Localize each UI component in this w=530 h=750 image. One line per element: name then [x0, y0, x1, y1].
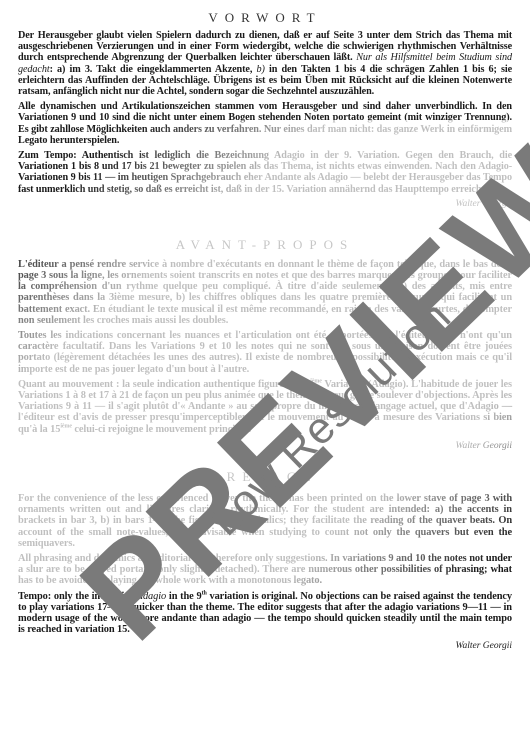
- superscript: ième: [310, 378, 322, 384]
- avant-propos-paragraph-3: Quant au mouvement : la seule indication…: [18, 379, 512, 435]
- section-title-preface: PREFACE: [18, 469, 512, 485]
- preface-paragraph-3: Tempo: only the indication adagio in the…: [18, 591, 512, 636]
- italic-run: b): [256, 64, 264, 75]
- vorwort-paragraph-3: Zum Tempo: Authentisch ist lediglich die…: [18, 150, 512, 195]
- vorwort-paragraph-1: Der Herausgeber glaubt vielen Spielern d…: [18, 30, 512, 97]
- avant-propos-signature: Walter Georgii: [18, 441, 512, 451]
- preface-paragraph-2: All phrasing and dynamics are editorial …: [18, 553, 512, 587]
- text-run: Tempo: only the indication: [18, 591, 138, 602]
- preface-paragraph-1: For the convenience of the less experien…: [18, 493, 512, 549]
- section-title-vorwort: VORWORT: [18, 10, 512, 26]
- text-run: : a) im 3. Takt die eingeklammerten Akze…: [50, 64, 257, 75]
- document-page: VORWORT Der Herausgeber glaubt vielen Sp…: [18, 8, 512, 651]
- superscript: ième: [60, 423, 72, 429]
- text-run: Quant au mouvement : la seule indication…: [18, 379, 310, 390]
- italic-run: adagio: [138, 591, 166, 602]
- avant-propos-paragraph-1: L'éditeur a pensé rendre service à nombr…: [18, 259, 512, 326]
- text-run: in the 9: [166, 591, 201, 602]
- avant-propos-paragraph-2: Toutes les indications concernant les nu…: [18, 330, 512, 375]
- section-title-avant-propos: AVANT-PROPOS: [18, 237, 512, 253]
- preface-signature: Walter Georgii: [18, 641, 512, 651]
- vorwort-paragraph-2: Alle dynamischen und Artikulationszeiche…: [18, 101, 512, 146]
- vorwort-signature: Walter Georgii: [18, 199, 512, 209]
- text-run: celui-ci rejoigne le mouvement principal…: [72, 424, 251, 435]
